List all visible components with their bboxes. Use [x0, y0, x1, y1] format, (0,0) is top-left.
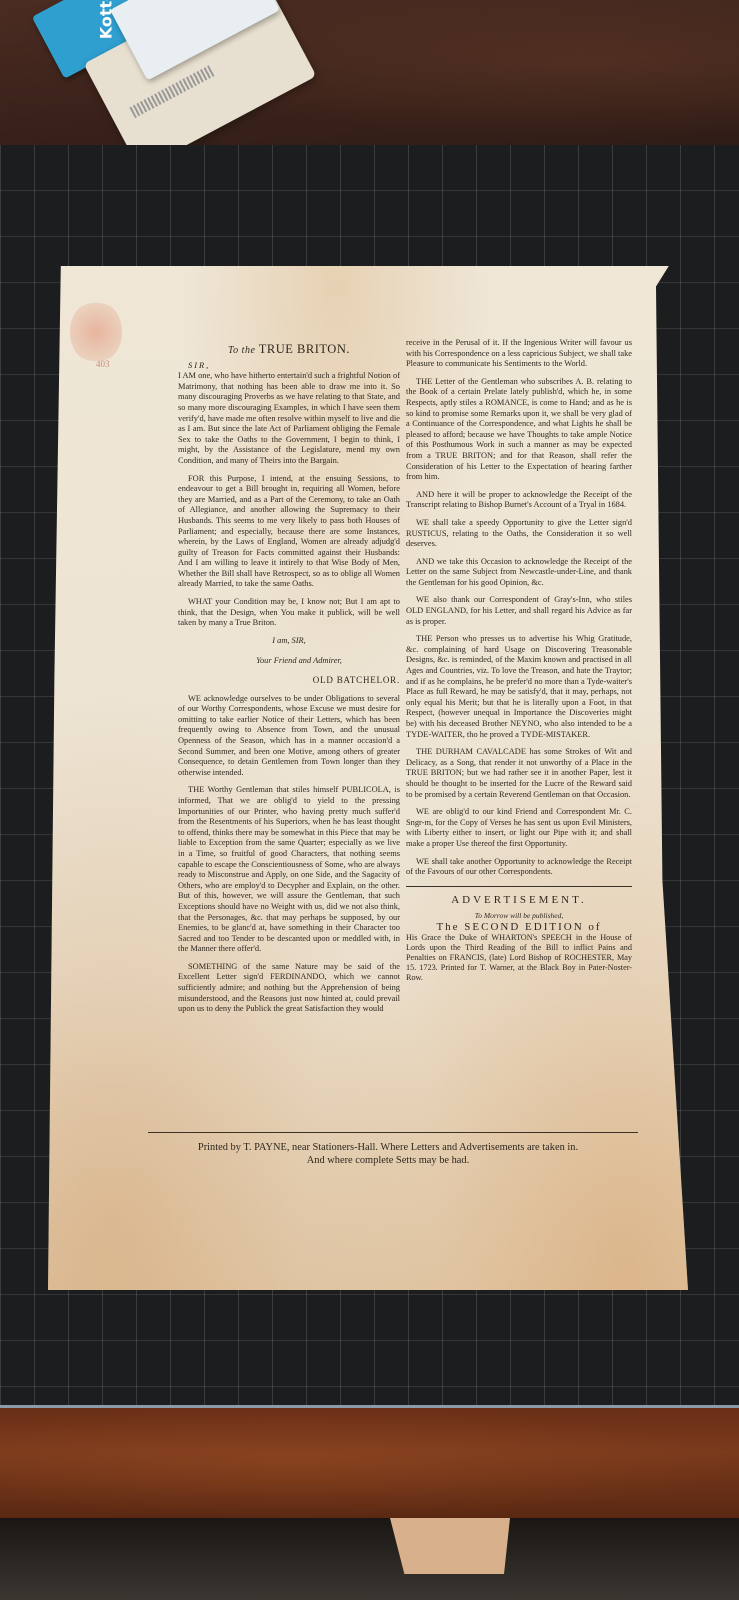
card-brand-text: Kotto!: [96, 0, 115, 39]
notice-paragraph: SOMETHING of the same Nature may be said…: [178, 962, 400, 1015]
notice-paragraph: AND here it will be proper to acknowledg…: [406, 490, 632, 511]
notice-paragraph: THE Person who presses us to advertise h…: [406, 634, 632, 740]
notice-paragraph: THE Worthy Gentleman that stiles himself…: [178, 785, 400, 955]
signature: OLD BATCHELOR.: [178, 675, 400, 686]
notice-paragraph: THE Letter of the Gentleman who subscrib…: [406, 377, 632, 483]
wooden-block: [390, 1518, 510, 1574]
notice-paragraph: receive in the Perusal of it. If the Ing…: [406, 338, 632, 370]
left-column: To the TRUE BRITON. SIR, I AM one, who h…: [178, 344, 400, 1022]
imprint-footer: Printed by T. PAYNE, near Stationers-Hal…: [128, 1142, 648, 1167]
notice-paragraph: WE also thank our Correspondent of Gray'…: [406, 595, 632, 627]
imprint-line: And where complete Setts may be had.: [128, 1155, 648, 1168]
imprint-line: Printed by T. PAYNE, near Stationers-Hal…: [128, 1142, 648, 1155]
advertisement-title: ADVERTISEMENT.: [406, 895, 632, 906]
stamp-number: 403: [96, 359, 110, 369]
right-column: receive in the Perusal of it. If the Ing…: [406, 338, 632, 983]
letter-heading: To the TRUE BRITON.: [178, 344, 400, 357]
closing-line: I am, SIR,: [178, 636, 400, 647]
barcode: [129, 65, 214, 118]
letter-paragraph: FOR this Purpose, I intend, at the ensui…: [178, 474, 400, 591]
wooden-table-edge: [0, 1408, 739, 1518]
salutation: SIR,: [188, 361, 400, 372]
newspaper-leaf: 403 To the TRUE BRITON. SIR, I AM one, w…: [48, 266, 688, 1290]
notice-paragraph: AND we take this Occasion to acknowledge…: [406, 557, 632, 589]
notice-paragraph: WE acknowledge ourselves to be under Obl…: [178, 694, 400, 779]
library-stamp-icon: [70, 300, 122, 364]
divider: [406, 886, 632, 887]
notice-paragraph: WE shall take another Opportunity to ack…: [406, 857, 632, 878]
closing-line: Your Friend and Admirer,: [198, 656, 400, 667]
notice-paragraph: THE DURHAM CAVALCADE has some Strokes of…: [406, 747, 632, 800]
floor: [0, 1518, 739, 1600]
letter-paragraph: I AM one, who have hitherto entertain'd …: [178, 371, 400, 466]
notice-paragraph: WE are oblig'd to our kind Friend and Co…: [406, 807, 632, 849]
footer-divider: [148, 1132, 638, 1133]
letter-paragraph: WHAT your Condition may be, I know not; …: [178, 597, 400, 629]
notice-paragraph: WE shall take a speedy Opportunity to gi…: [406, 518, 632, 550]
advertisement-body: His Grace the Duke of WHARTON's SPEECH i…: [406, 933, 632, 983]
advertisement-edition: The SECOND EDITION of: [406, 922, 632, 933]
